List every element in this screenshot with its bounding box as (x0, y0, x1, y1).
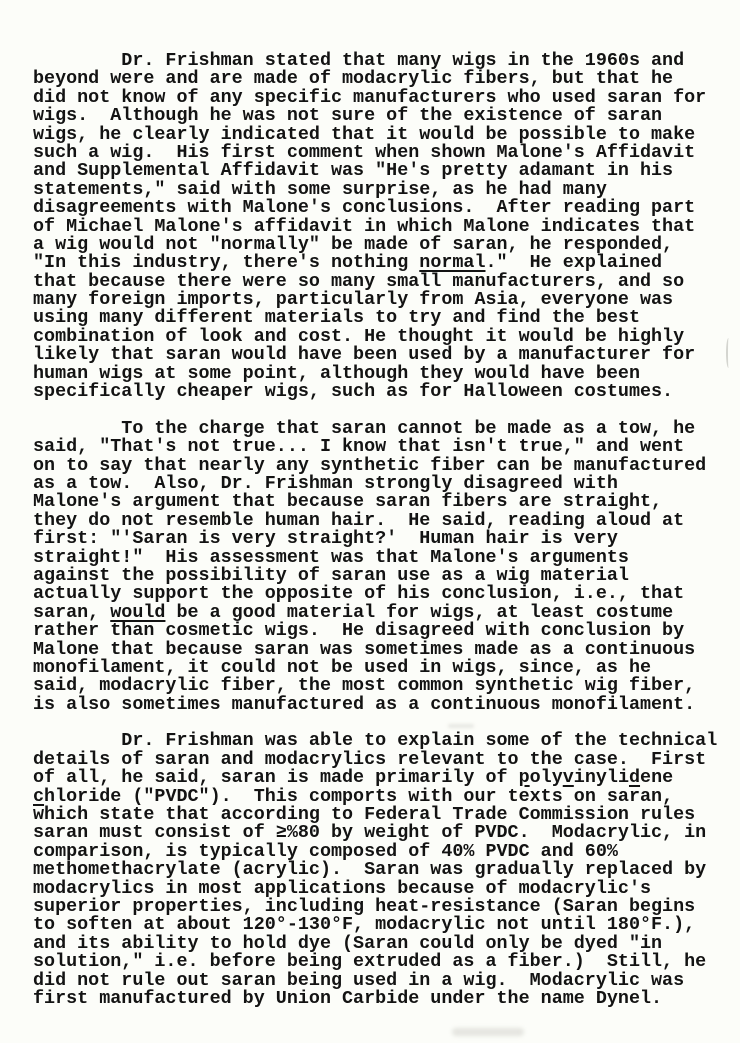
text-line: specifically cheaper wigs, such as for H… (33, 383, 740, 401)
paragraph: Dr. Frishman was able to explain some of… (33, 732, 740, 1008)
text-line: first manufactured by Union Carbide unde… (33, 990, 740, 1008)
paragraph: To the charge that saran cannot be made … (33, 420, 740, 714)
text-line: is also sometimes manufactured as a cont… (33, 696, 740, 714)
paragraph: Dr. Frishman stated that many wigs in th… (33, 52, 740, 401)
document-page: Dr. Frishman stated that many wigs in th… (0, 0, 740, 1043)
document-body: Dr. Frishman stated that many wigs in th… (33, 52, 740, 1008)
